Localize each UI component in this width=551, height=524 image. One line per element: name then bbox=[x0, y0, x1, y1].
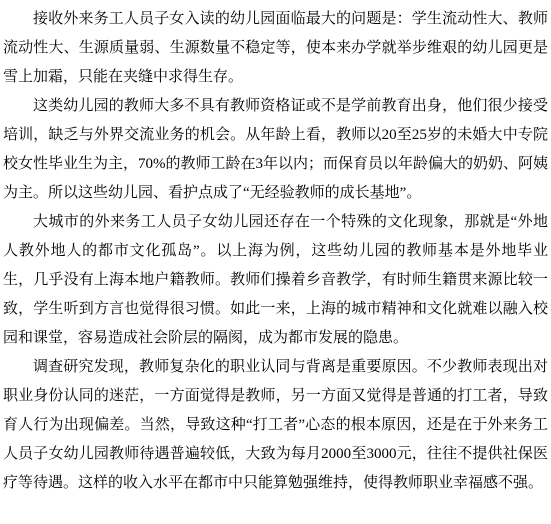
paragraph-cultural-island: 大城市的外来务工人员子女幼儿园还存在一个特殊的文化现象，那就是“外地人教外地人的… bbox=[3, 208, 548, 353]
paragraph-teacher-qualifications: 这类幼儿园的教师大多不具有教师资格证或不是学前教育出身，他们很少接受培训，缺乏与… bbox=[3, 92, 548, 208]
document-page: 接收外来务工人员子女入读的幼儿园面临最大的问题是：学生流动性大、教师流动性大、生… bbox=[0, 0, 551, 524]
paragraph-kindergarten-problems: 接收外来务工人员子女入读的幼儿园面临最大的问题是：学生流动性大、教师流动性大、生… bbox=[3, 5, 548, 92]
paragraph-career-identity: 调查研究发现，教师复杂化的职业认同与背离是重要原因。不少教师表现出对职业身份认同… bbox=[3, 353, 548, 498]
